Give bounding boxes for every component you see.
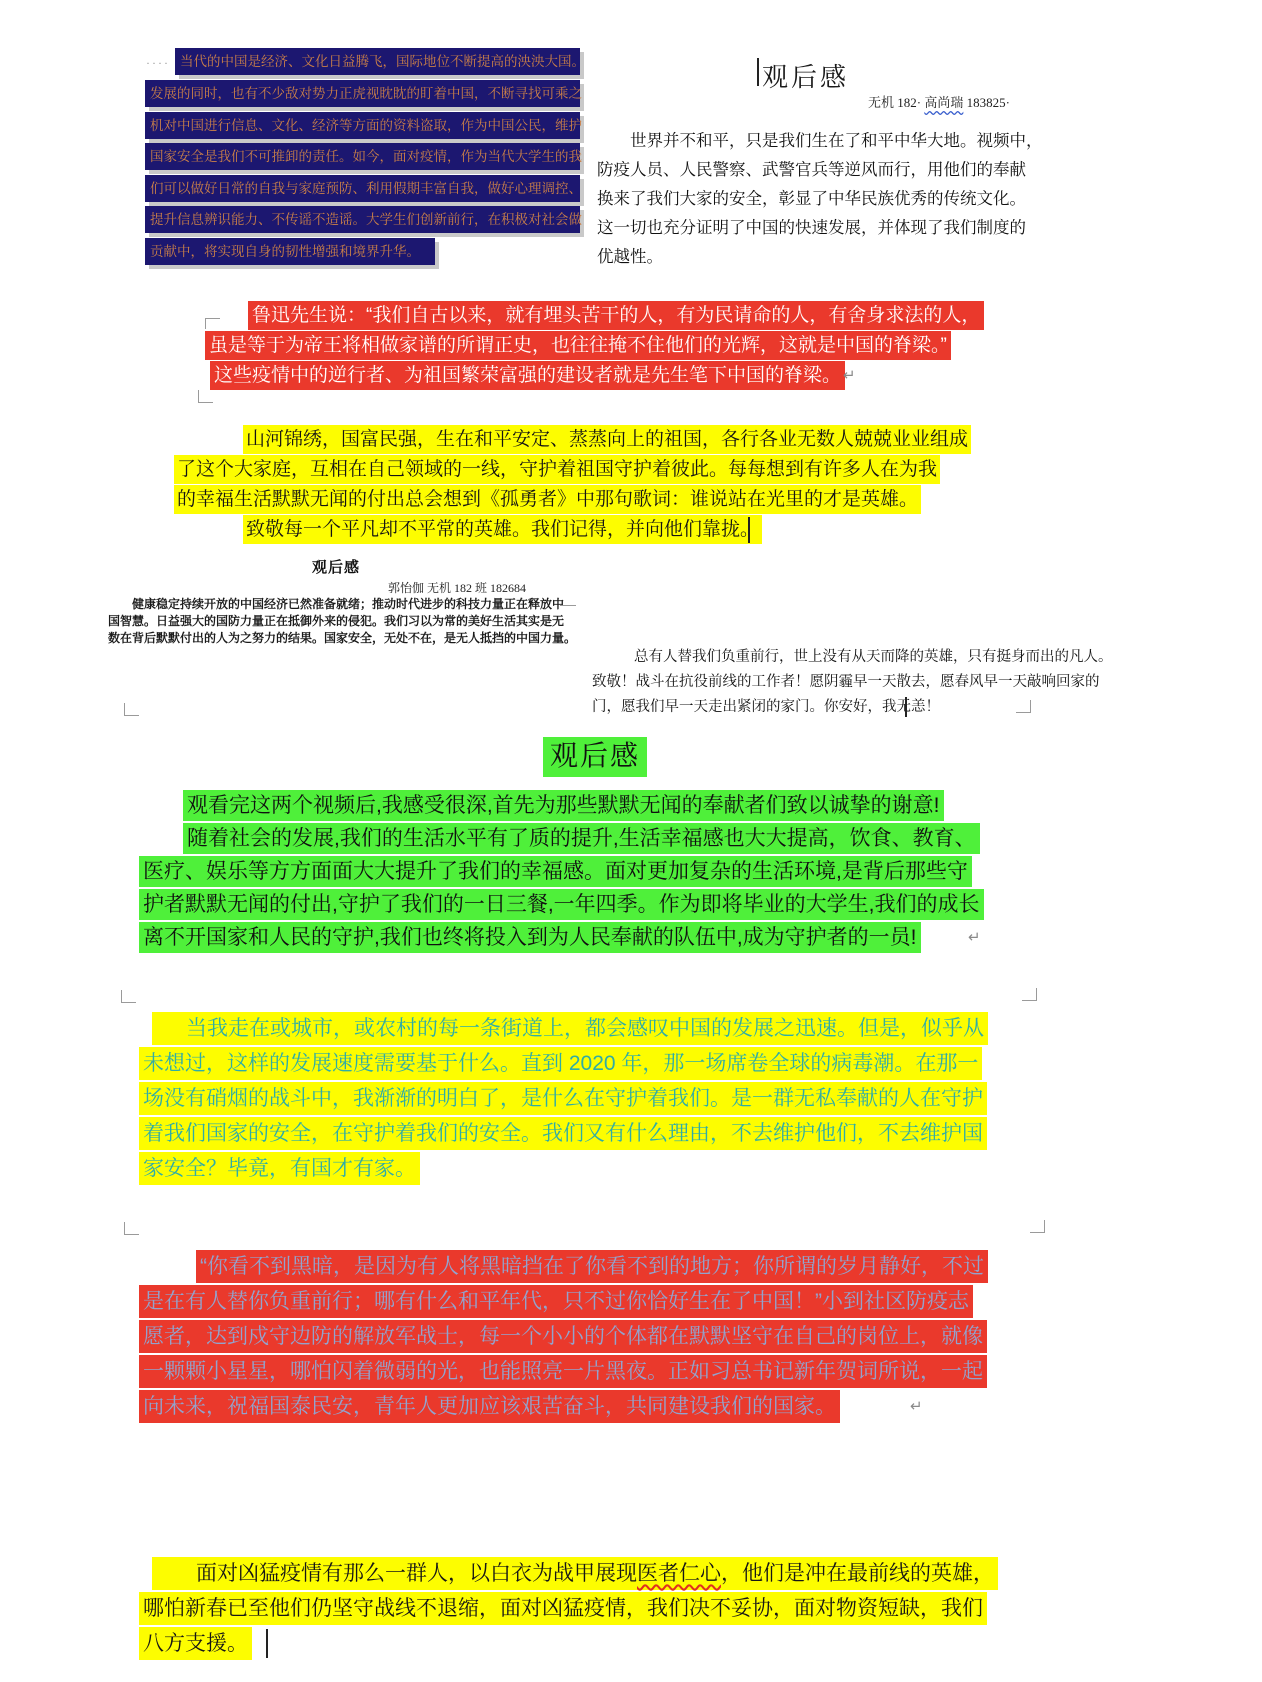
highlighted-line: 护者默默无闻的付出,守护了我们的一日三餐,一年四季。作为即将毕业的大学生,我们的… (139, 889, 984, 920)
crop-mark (1030, 1220, 1045, 1233)
highlighted-line: 国家安全是我们不可推卸的责任。如今，面对疫情，作为当代大学生的我 (145, 143, 580, 170)
crop-mark (560, 605, 576, 606)
paragraph-mark: ↵ (910, 1397, 923, 1415)
highlighted-line: 一颗颗小星星，哪怕闪着微弱的光，也能照亮一片黑夜。正如习总书记新年贺词所说，一起 (139, 1355, 987, 1388)
text-line: 门，愿我们早一天走出紧闭的家门。你安好，我无恙！ (592, 695, 940, 720)
text-line: 这一切也充分证明了中国的快速发展，并体现了我们制度的 (597, 213, 1026, 242)
crop-mark (1016, 700, 1031, 713)
text-line: 换来了我们大家的安全，彰显了中华民族优秀的传统文化。 (597, 184, 1026, 213)
highlighted-line: 面对凶猛疫情有那么一群人，以白衣为战甲展现医者仁心，他们是冲在最前线的英雄， (152, 1557, 998, 1590)
paragraph-mark: ↵ (968, 928, 981, 946)
line-text: ，他们是冲在最前线的英雄， (721, 1562, 994, 1585)
text-cursor (757, 58, 759, 86)
text-line: 数在背后默默付出的人为之努力的结果。国家安全，无处不在，是无人抵挡的中国力量。 (108, 630, 576, 647)
highlighted-line: 当我走在或城市，或农村的每一条街道上，都会感叹中国的发展之迅速。但是，似乎从 (152, 1012, 988, 1045)
essay-title: 观后感 (762, 57, 849, 94)
essay-title: 观后感 (312, 556, 360, 577)
crop-mark (205, 318, 220, 329)
essay-byline: 无机 182· 高尚瑞 183825· (868, 92, 1010, 111)
text-cursor (905, 697, 907, 717)
highlighted-line: 鲁迅先生说：“我们自古以来，就有埋头苦干的人，有为民请命的人，有舍身求法的人， (248, 301, 984, 330)
byline-class: 无机 182· (868, 95, 921, 110)
text-line: 优越性。 (597, 242, 663, 271)
highlighted-line: 着我们国家的安全，在守护着我们的安全。我们又有什么理由，不去维护他们，不去维护国 (139, 1117, 987, 1150)
byline-name: 高尚瑞 (924, 95, 963, 110)
highlighted-line: 随着社会的发展,我们的生活水平有了质的提升,生活幸福感也大大提高，饮食、教育、 (183, 823, 980, 854)
crop-mark (198, 390, 213, 403)
highlighted-line: 八方支援。 (139, 1627, 252, 1660)
text-line: 健康稳定持续开放的中国经济已然准备就绪；推动时代进步的科技力量正在释放中 (132, 596, 564, 613)
line-text: 面对凶猛疫情有那么一群人，以白衣为战甲展现 (196, 1562, 637, 1585)
byline-id: 183825· (967, 95, 1010, 110)
highlighted-line: 哪怕新春已至他们仍坚守战线不退缩，面对凶猛疫情，我们决不妥协，面对物资短缺，我们 (139, 1592, 987, 1625)
highlighted-line: 发展的同时，也有不少敌对势力正虎视眈眈的盯着中国，不断寻找可乘之 (145, 80, 580, 107)
highlighted-line: 离不开国家和人民的守护,我们也终将投入到为人民奉献的队伍中,成为守护者的一员! (139, 922, 921, 953)
highlighted-line: 场没有硝烟的战斗中，我渐渐的明白了，是什么在守护着我们。是一群无私奉献的人在守护 (139, 1082, 987, 1115)
text-line: 世界并不和平，只是我们生在了和平中华大地。视频中， (630, 126, 1043, 155)
text-cursor (748, 517, 750, 543)
text-line: 总有人替我们负重前行，世上没有从天而降的英雄，只有挺身而出的凡人。 (634, 645, 1113, 670)
highlighted-line: 致敬每一个平凡却不平常的英雄。我们记得，并向他们靠拢。 (243, 515, 762, 544)
crop-mark (121, 990, 136, 1003)
text-line: 致敬！战斗在抗役前线的工作者！愿阴霾早一天散去，愿春风早一天敲响回家的 (592, 670, 1100, 695)
highlighted-line: 是在有人替你负重前行；哪有什么和平年代，只不过你恰好生在了中国！”小到社区防疫志 (139, 1285, 973, 1318)
essay-byline: 郭怡伽 无机 182 班 182684 (388, 579, 526, 596)
highlighted-line: “你看不到黑暗，是因为有人将黑暗挡在了你看不到的地方；你所谓的岁月静好，不过 (196, 1250, 988, 1283)
crop-mark (124, 1222, 139, 1235)
spellcheck-underlined-text: 医者仁心 (637, 1562, 721, 1585)
highlighted-line: 这些疫情中的逆行者、为祖国繁荣富强的建设者就是先生笔下中国的脊梁。 (210, 361, 845, 390)
highlighted-line: 机对中国进行信息、文化、经济等方面的资料盗取，作为中国公民，维护 (145, 112, 580, 139)
highlighted-line: 医疗、娱乐等方方面面大大提升了我们的幸福感。面对更加复杂的生活环境,是背后那些守 (139, 856, 972, 887)
text-line: 防疫人员、人民警察、武警官兵等逆风而行，用他们的奉献 (597, 155, 1026, 184)
highlighted-line: 观看完这两个视频后,我感受很深,首先为那些默默无闻的奉献者们致以诚挚的谢意! (183, 790, 944, 821)
highlighted-line: 家安全？毕竟，有国才有家。 (139, 1152, 420, 1185)
document-page: ···· 当代的中国是经济、文化日益腾飞，国际地位不断提高的泱泱大国。 发展的同… (0, 0, 1262, 1682)
highlighted-line: 了这个大家庭，互相在自己领域的一线，守护着祖国守护着彼此。每每想到有许多人在为我 (174, 455, 940, 484)
text-cursor (266, 1629, 268, 1658)
highlighted-line: 愿者，达到戍守边防的解放军战士，每一个小小的个体都在默默坚守在自己的岗位上，就像 (139, 1320, 987, 1353)
crop-mark (1022, 988, 1037, 1001)
highlighted-line: 提升信息辨识能力、不传谣不造谣。大学生们创新前行，在积极对社会做 (145, 206, 580, 233)
essay-title: 观后感 (543, 737, 647, 777)
highlighted-line: 未想过，这样的发展速度需要基于什么。直到 2020 年，那一场席卷全球的病毒潮。… (139, 1047, 982, 1080)
highlighted-line: 山河锦绣，国富民强，生在和平安定、蒸蒸向上的祖国，各行各业无数人兢兢业业组成 (243, 425, 971, 454)
crop-mark (124, 703, 139, 716)
text-line: 国智慧。日益强大的国防力量正在抵御外来的侵犯。我们习以为常的美好生活其实是无 (108, 613, 564, 630)
paragraph-mark: ↵ (843, 366, 856, 384)
highlighted-line: 们可以做好日常的自我与家庭预防、利用假期丰富自我，做好心理调控、 (145, 175, 580, 202)
highlighted-line: 当代的中国是经济、文化日益腾飞，国际地位不断提高的泱泱大国。 (175, 48, 580, 75)
formatting-dots: ···· (146, 56, 170, 71)
highlighted-line: 向未来，祝福国泰民安，青年人更加应该艰苦奋斗，共同建设我们的国家。 (139, 1390, 840, 1423)
highlighted-line: 虽是等于为帝王将相做家谱的所谓正史，也往往掩不住他们的光辉，这就是中国的脊梁。” (205, 331, 951, 360)
highlighted-line: 贡献中，将实现自身的韧性增强和境界升华。 (145, 238, 435, 265)
highlighted-line: 的幸福生活默默无闻的付出总会想到《孤勇者》中那句歌词：谁说站在光里的才是英雄。 (174, 485, 921, 514)
